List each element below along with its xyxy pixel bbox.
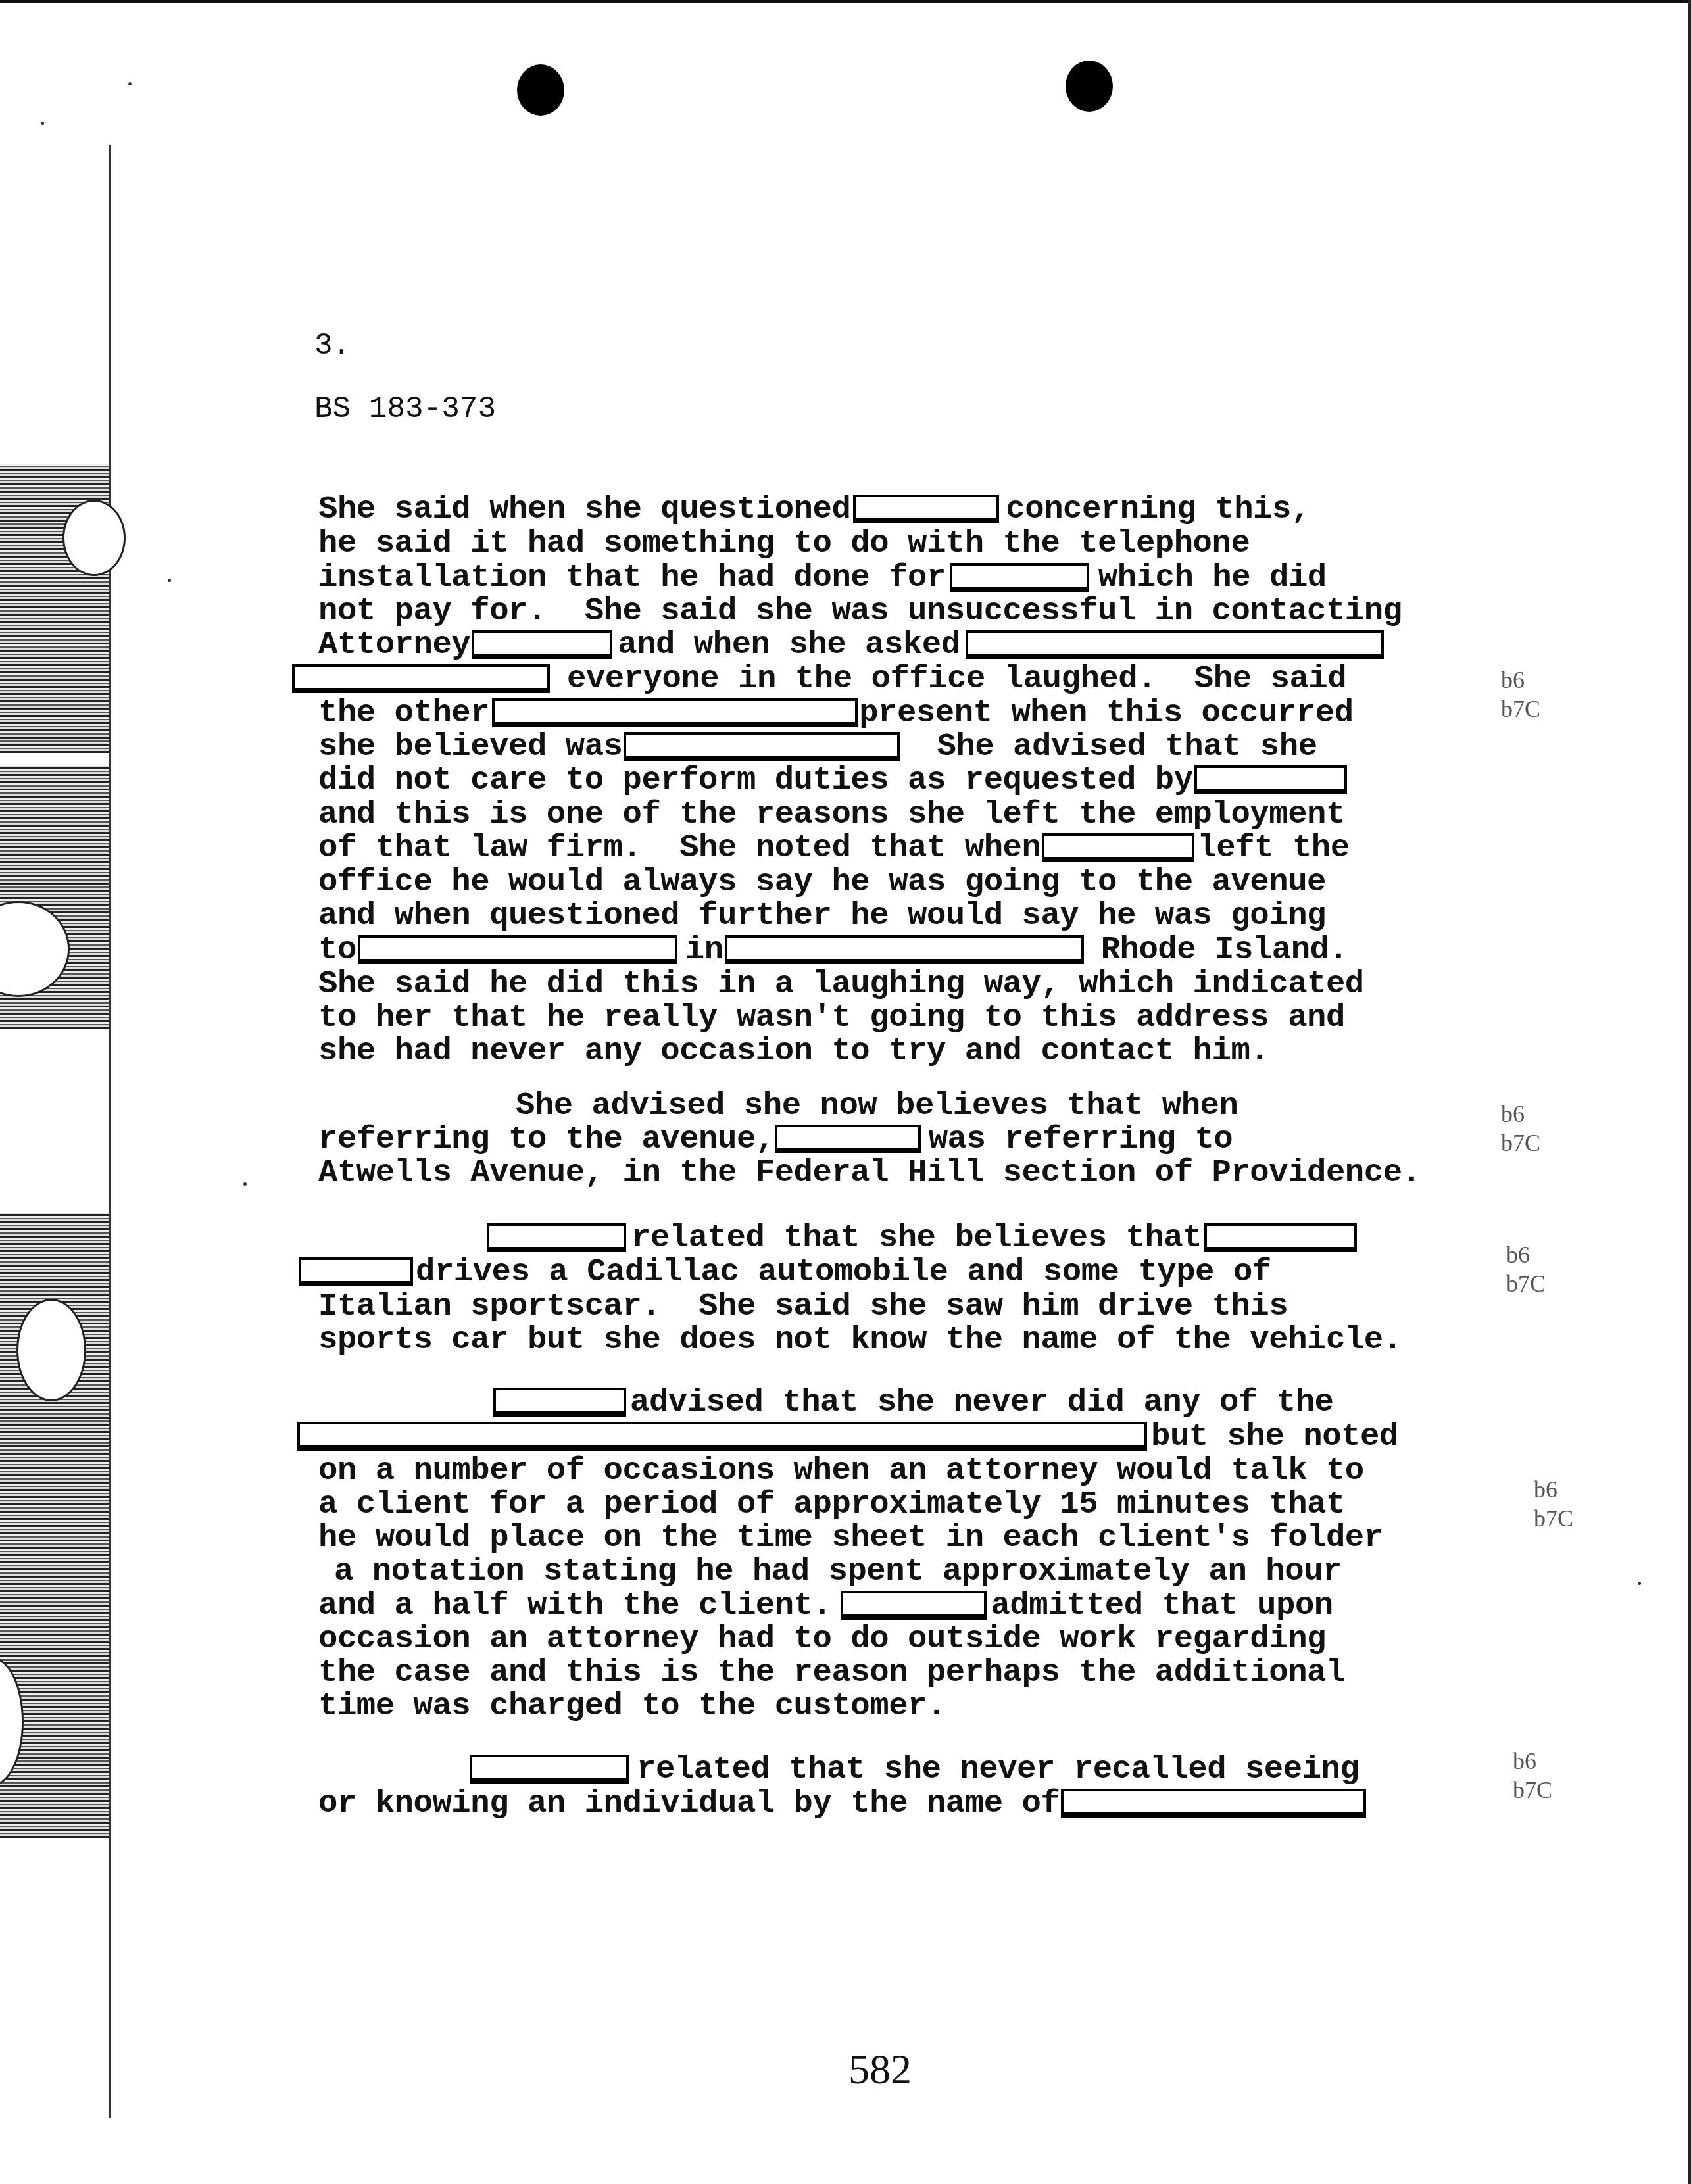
para2-line: She advised she now believes that when <box>516 1088 1238 1123</box>
redaction-box <box>966 630 1384 659</box>
para1-line: the other present when this occurred <box>318 696 1354 730</box>
para5-line: related that she never recalled seeing <box>470 1752 1359 1786</box>
redaction-box <box>624 732 900 761</box>
scan-border-right <box>1688 0 1691 2184</box>
para1-line: to in Rhode Island. <box>318 933 1348 967</box>
para1-line: did not care to perform duties as reques… <box>318 763 1347 797</box>
para3-line: related that she believes that <box>487 1221 1357 1255</box>
body-text: advised that she never did any of the <box>630 1385 1333 1419</box>
para1-line: he said it had something to do with the … <box>318 526 1250 560</box>
body-text: he said it had something to do with the … <box>318 526 1250 560</box>
redaction-box <box>775 1125 921 1153</box>
body-text: was referring to <box>929 1122 1233 1156</box>
redaction-box <box>853 495 999 523</box>
para4-line: but she noted <box>297 1419 1398 1453</box>
punch-hole-icon <box>1066 61 1113 112</box>
redaction-box <box>472 630 612 659</box>
scan-border-top <box>0 0 1691 3</box>
para4-line: he would place on the time sheet in each… <box>318 1520 1383 1555</box>
para2-line: referring to the avenue, was referring t… <box>318 1122 1233 1156</box>
redaction-box <box>950 563 1089 592</box>
body-text: did not care to perform duties as reques… <box>318 763 1193 797</box>
para1-line: She said when she questioned concerning … <box>318 492 1310 526</box>
exemption-note: b6 b7C <box>1506 1240 1546 1298</box>
para4-line: time was charged to the customer. <box>318 1689 946 1723</box>
binder-hole-icon <box>62 500 126 576</box>
page-number: 582 <box>848 2045 912 2094</box>
binder-hole-icon <box>16 1299 86 1401</box>
body-text: time was charged to the customer. <box>318 1689 946 1723</box>
redaction-box <box>1061 1789 1366 1818</box>
redaction-box <box>841 1591 987 1620</box>
para4-line: advised that she never did any of the <box>493 1385 1333 1419</box>
redaction-box <box>297 1422 1147 1451</box>
para3-line: sports car but she does not know the nam… <box>318 1323 1402 1357</box>
body-text: he would place on the time sheet in each… <box>318 1520 1383 1555</box>
body-text: to her that he really wasn't going to th… <box>318 1000 1345 1034</box>
redaction-box <box>1204 1223 1357 1252</box>
para1-line: to her that he really wasn't going to th… <box>318 1000 1345 1034</box>
redaction-box <box>1042 833 1194 862</box>
para1-line: and this is one of the reasons she left … <box>318 797 1345 831</box>
para3-line: drives a Cadillac automobile and some ty… <box>299 1255 1271 1289</box>
body-text: related that she never recalled seeing <box>637 1752 1359 1786</box>
exemption-note: b6 b7C <box>1513 1747 1552 1805</box>
redaction-box <box>292 664 550 693</box>
para2-line: Atwells Avenue, in the Federal Hill sect… <box>318 1155 1421 1190</box>
redaction-box <box>299 1257 413 1286</box>
body-text: the other <box>318 696 489 730</box>
body-text: everyone in the office laughed. She said <box>567 662 1346 696</box>
body-text: on a number of occasions when an attorne… <box>318 1453 1364 1488</box>
body-text: Attorney <box>318 627 470 662</box>
body-text: sports car but she does not know the nam… <box>318 1323 1402 1357</box>
redaction-box <box>358 935 677 964</box>
para1-line: installation that he had done for which … <box>318 560 1327 595</box>
body-text: drives a Cadillac automobile and some ty… <box>416 1255 1271 1289</box>
body-text: concerning this, <box>1006 492 1310 526</box>
scan-speck <box>243 1182 247 1186</box>
page-marker: 3. <box>314 329 351 363</box>
body-text: and when questioned further he would say… <box>318 898 1326 933</box>
exemption-note: b6 b7C <box>1501 666 1540 723</box>
body-text: Atwells Avenue, in the Federal Hill sect… <box>318 1155 1421 1190</box>
para1-line: everyone in the office laughed. She said <box>292 662 1346 696</box>
body-text: left the <box>1197 831 1349 865</box>
exemption-note: b6 b7C <box>1501 1100 1540 1157</box>
para1-line: she had never any occasion to try and co… <box>318 1034 1269 1068</box>
para4-line: a notation stating he had spent approxim… <box>334 1554 1342 1588</box>
para1-line: Attorney and when she asked <box>318 627 1384 662</box>
binder-edge-line <box>109 145 111 2118</box>
redaction-box <box>487 1223 626 1252</box>
redaction-box <box>492 698 858 727</box>
scan-speck <box>41 122 44 125</box>
body-text: installation that he had done for <box>318 560 946 595</box>
para5-line: or knowing an individual by the name of <box>318 1786 1366 1820</box>
para4-line: a client for a period of approximately 1… <box>318 1487 1345 1521</box>
punch-hole-icon <box>517 64 564 116</box>
para3-line: Italian sportscar. She said she saw him … <box>318 1289 1288 1323</box>
body-text: and when she asked <box>618 627 960 662</box>
para1-line: she believed was She advised that she <box>318 729 1317 764</box>
document-page: 3. BS 183-373 She said when she question… <box>0 0 1691 2184</box>
body-text: or knowing an individual by the name of <box>318 1786 1060 1820</box>
redaction-box <box>493 1388 626 1417</box>
body-text: She advised she now believes that when <box>516 1088 1238 1123</box>
body-text: to <box>318 933 356 967</box>
body-text: occasion an attorney had to do outside w… <box>318 1622 1326 1656</box>
exemption-note: b6 b7C <box>1534 1475 1573 1533</box>
body-text: and this is one of the reasons she left … <box>318 797 1345 831</box>
para1-line: office he would always say he was going … <box>318 865 1326 899</box>
body-text: a notation stating he had spent approxim… <box>334 1554 1342 1588</box>
para4-line: on a number of occasions when an attorne… <box>318 1453 1364 1488</box>
scan-speck <box>168 579 171 582</box>
body-text: She said when she questioned <box>318 492 850 526</box>
redaction-box <box>725 935 1084 964</box>
para1-line: not pay for. She said she was unsuccessf… <box>318 594 1402 628</box>
para4-line: occasion an attorney had to do outside w… <box>318 1622 1326 1656</box>
body-text: the case and this is the reason perhaps … <box>318 1655 1345 1689</box>
body-text: of that law firm. She noted that when <box>318 831 1041 865</box>
body-text: Italian sportscar. She said she saw him … <box>318 1289 1288 1323</box>
body-text: referring to the avenue, <box>318 1122 775 1156</box>
body-text: not pay for. She said she was unsuccessf… <box>318 594 1402 628</box>
body-text: but she noted <box>1151 1419 1398 1453</box>
body-text: office he would always say he was going … <box>318 865 1326 899</box>
body-text: admitted that upon <box>991 1588 1333 1622</box>
body-text: a client for a period of approximately 1… <box>318 1487 1345 1521</box>
para4-line: the case and this is the reason perhaps … <box>318 1655 1345 1689</box>
file-number: BS 183-373 <box>314 392 496 426</box>
body-text: She advised that she <box>937 729 1317 764</box>
body-text: Rhode Island. <box>1101 933 1348 967</box>
body-text: which he did <box>1098 560 1327 595</box>
redaction-box <box>470 1755 629 1784</box>
para4-line: and a half with the client. admitted tha… <box>318 1588 1333 1622</box>
para1-line: She said he did this in a laughing way, … <box>318 967 1364 1001</box>
body-text: in <box>685 933 723 967</box>
para1-line: of that law firm. She noted that when le… <box>318 831 1350 865</box>
redaction-box <box>1194 765 1347 794</box>
body-text: She said he did this in a laughing way, … <box>318 967 1364 1001</box>
para1-line: and when questioned further he would say… <box>318 898 1326 933</box>
scan-speck <box>1638 1582 1641 1585</box>
body-text: she had never any occasion to try and co… <box>318 1034 1269 1068</box>
body-text: present when this occurred <box>859 696 1354 730</box>
body-text: and a half with the client. <box>318 1588 831 1622</box>
body-text: related that she believes that <box>631 1221 1202 1255</box>
body-text: she believed was <box>318 729 622 764</box>
scan-speck <box>128 82 132 85</box>
